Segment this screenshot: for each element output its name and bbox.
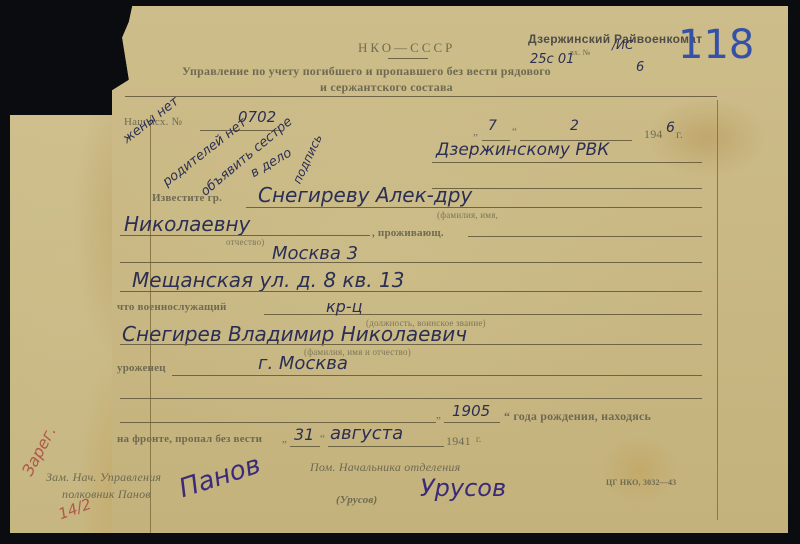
notify-city: Москва 3 — [272, 243, 358, 264]
quote-open-3: „ — [282, 433, 287, 445]
addressee-line-2 — [432, 188, 702, 189]
residing-line — [468, 236, 702, 237]
quote-close: “ — [512, 126, 517, 138]
residing-label: , проживающ. — [372, 227, 444, 239]
birthplace-line — [172, 375, 702, 376]
birthplace: г. Москва — [258, 353, 348, 374]
right-signature: Урусов — [420, 474, 506, 502]
header-year-suffix: 6 — [636, 60, 644, 75]
birthplace-label: уроженец — [117, 362, 166, 374]
address-line-1 — [120, 262, 702, 263]
address-line-2 — [120, 291, 702, 292]
quote-open: „ — [473, 126, 478, 138]
addressee: Дзержинскому РВК — [436, 140, 609, 160]
right-signatory-title: Пом. Начальника отделения — [310, 460, 460, 475]
stamp-in-number: /ИС — [612, 38, 633, 52]
quote-close-2: “ — [504, 409, 513, 423]
left-signatory-title: Зам. Нач. Управления — [46, 470, 161, 485]
notify-street: Мещанская ул. д. 8 кв. 13 — [132, 268, 404, 292]
serviceman-rank: кр-ц — [326, 297, 362, 316]
right-margin-line — [717, 100, 718, 520]
org-title: НКО—СССР — [358, 40, 455, 56]
department-line-1: Управление по учету погибшего и пропавше… — [182, 64, 551, 79]
missing-month-line — [328, 446, 444, 447]
serviceman-fullname: Снегирев Владимир Николаевич — [122, 322, 467, 346]
department-line-2: и сержантского состава — [320, 80, 453, 95]
quote-close-3: “ — [320, 433, 325, 445]
hint-name: (фамилия, имя, — [437, 210, 498, 220]
stamp-date: 25c 01 — [530, 52, 574, 67]
missing-day-line — [290, 446, 320, 447]
birth-year-text: “ года рождения, находясь — [504, 409, 651, 424]
notify-patronymic: Николаевну — [124, 212, 250, 236]
date-day: 7 — [488, 118, 497, 134]
quote-open-2: „ — [436, 409, 441, 421]
header-rule — [125, 96, 717, 97]
notify-label: Известите гр. — [152, 192, 222, 204]
patronymic-line — [120, 235, 370, 236]
missing-year-g: г. — [476, 434, 481, 444]
missing-day: 31 — [294, 425, 314, 444]
missing-label: на фронте, пропал без вести — [117, 433, 262, 445]
missing-month: августа — [330, 423, 403, 444]
birth-year: 1905 — [452, 402, 490, 420]
blue-registration-number: 118 — [678, 22, 754, 68]
fullname-line — [120, 344, 702, 345]
divider — [388, 58, 428, 59]
birthplace-line-2 — [120, 398, 702, 399]
birth-year-line — [444, 422, 500, 423]
date-month: 2 — [570, 118, 579, 134]
right-signatory-name: (Урусов) — [336, 494, 377, 506]
missing-year: 1941 — [446, 434, 471, 449]
print-code: ЦГ НКО, 3032—43 — [606, 478, 676, 487]
date-year-g: г. — [676, 127, 683, 142]
date-year-suffix: 6 — [666, 120, 675, 136]
notify-line — [246, 207, 702, 208]
addressee-line — [432, 162, 702, 163]
serviceman-label: что военнослужащий — [117, 301, 227, 313]
notify-name: Снегиреву Алек-дру — [258, 183, 472, 207]
date-year-prefix: 194 — [644, 127, 663, 142]
birth-year-label: года рождения, находясь — [513, 409, 651, 423]
hint-patronymic: отчество) — [226, 237, 264, 247]
